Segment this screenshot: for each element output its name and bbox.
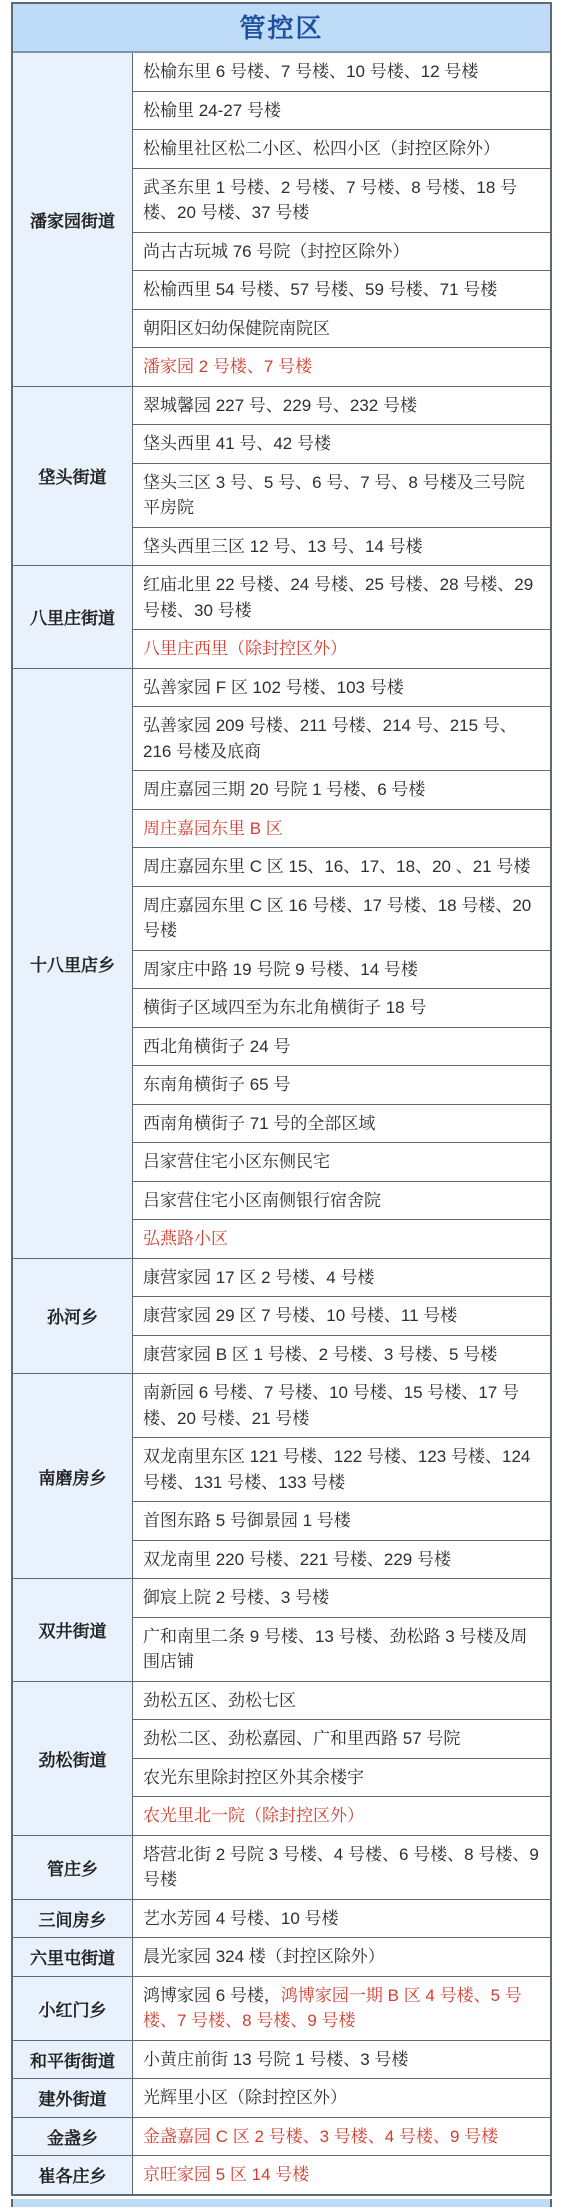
address-text-red: 农光里北一院（除封控区外） [143,1806,364,1825]
address-row: 御宸上院 2 号楼、3 号楼 [133,1579,550,1617]
address-row: 松榆里 24-27 号楼 [133,91,550,130]
address-row: 横街子区域四至为东北角横街子 18 号 [133,988,550,1027]
address-text: 首图东路 5 号御景园 1 号楼 [143,1511,351,1530]
district-group: 崔各庄乡京旺家园 5 区 14 号楼 [13,2155,550,2194]
address-rows: 小黄庄前街 13 号院 1 号楼、3 号楼 [133,2041,550,2079]
district-group: 劲松街道劲松五区、劲松七区劲松二区、劲松嘉园、广和里西路 57 号院农光东里除封… [13,1681,550,1835]
district-label: 六里屯街道 [13,1938,133,1976]
address-row: 吕家营住宅小区南侧银行宿舍院 [133,1181,550,1220]
address-row: 周家庄中路 19 号院 9 号楼、14 号楼 [133,950,550,989]
address-text: 艺水芳园 4 号楼、10 号楼 [143,1909,339,1928]
address-text: 松榆里 24-27 号楼 [143,101,281,120]
address-row: 鸿博家园 6 号楼，鸿博家园一期 B 区 4 号楼、5 号楼、7 号楼、8 号楼… [133,1977,550,2040]
address-text: 御宸上院 2 号楼、3 号楼 [143,1588,329,1607]
address-rows: 松榆东里 6 号楼、7 号楼、10 号楼、12 号楼松榆里 24-27 号楼松榆… [133,53,550,386]
district-group: 双井街道御宸上院 2 号楼、3 号楼广和南里二条 9 号楼、13 号楼、劲松路 … [13,1578,550,1681]
address-row: 首图东路 5 号御景园 1 号楼 [133,1501,550,1540]
district-group: 管庄乡塔营北街 2 号院 3 号楼、4 号楼、6 号楼、8 号楼、9 号楼 [13,1835,550,1899]
district-label: 十八里店乡 [13,669,133,1258]
address-text: 吕家营住宅小区东侧民宅 [143,1152,330,1171]
control-zone-table: 管控区 潘家园街道松榆东里 6 号楼、7 号楼、10 号楼、12 号楼松榆里 2… [11,2,552,2196]
district-label: 南磨房乡 [13,1374,133,1578]
address-text: 双龙南里 220 号楼、221 号楼、229 号楼 [143,1550,451,1569]
address-text: 朝阳区妇幼保健院南院区 [143,319,330,338]
address-text: 周庄嘉园东里 C 区 15、16、17、18、20 、21 号楼 [143,857,530,876]
address-text: 东南角横街子 65 号 [143,1075,290,1094]
address-text: 南新园 6 号楼、7 号楼、10 号楼、15 号楼、17 号楼、20 号楼、21… [143,1383,519,1428]
address-rows: 红庙北里 22 号楼、24 号楼、25 号楼、28 号楼、29 号楼、30 号楼… [133,566,550,668]
district-label: 小红门乡 [13,1977,133,2040]
address-row: 垡头西里三区 12 号、13 号、14 号楼 [133,527,550,566]
address-row: 朝阳区妇幼保健院南院区 [133,309,550,348]
address-row: 松榆东里 6 号楼、7 号楼、10 号楼、12 号楼 [133,53,550,91]
address-row: 周庄嘉园东里 C 区 16 号楼、17 号楼、18 号楼、20 号楼 [133,886,550,950]
address-rows: 塔营北街 2 号院 3 号楼、4 号楼、6 号楼、8 号楼、9 号楼 [133,1836,550,1899]
district-group: 六里屯街道晨光家园 324 楼（封控区除外） [13,1937,550,1976]
address-rows: 光辉里小区（除封控区外） [133,2079,550,2117]
address-row: 南新园 6 号楼、7 号楼、10 号楼、15 号楼、17 号楼、20 号楼、21… [133,1374,550,1437]
address-row: 小黄庄前街 13 号院 1 号楼、3 号楼 [133,2041,550,2079]
address-text: 晨光家园 324 楼（封控区除外） [143,1947,385,1966]
address-text: 光辉里小区（除封控区外） [143,2088,347,2107]
district-label: 建外街道 [13,2079,133,2117]
address-text: 农光东里除封控区外其余楼宇 [143,1768,364,1787]
address-row: 周庄嘉园三期 20 号院 1 号楼、6 号楼 [133,770,550,809]
address-text-red: 京旺家园 5 区 14 号楼 [143,2165,309,2184]
address-row: 广和南里二条 9 号楼、13 号楼、劲松路 3 号楼及周围店铺 [133,1617,550,1681]
address-row: 农光东里除封控区外其余楼宇 [133,1758,550,1797]
district-label: 金盏乡 [13,2118,133,2156]
address-text: 康营家园 B 区 1 号楼、2 号楼、3 号楼、5 号楼 [143,1345,497,1364]
address-row: 晨光家园 324 楼（封控区除外） [133,1938,550,1976]
address-row: 劲松五区、劲松七区 [133,1682,550,1720]
address-row: 吕家营住宅小区东侧民宅 [133,1142,550,1181]
district-group: 和平街街道小黄庄前街 13 号院 1 号楼、3 号楼 [13,2040,550,2079]
address-text: 红庙北里 22 号楼、24 号楼、25 号楼、28 号楼、29 号楼、30 号楼 [143,575,533,620]
address-rows: 弘善家园 F 区 102 号楼、103 号楼弘善家园 209 号楼、211 号楼… [133,669,550,1258]
address-text: 弘善家园 F 区 102 号楼、103 号楼 [143,678,404,697]
address-row: 潘家园 2 号楼、7 号楼 [133,347,550,386]
address-row: 翠城馨园 227 号、229 号、232 号楼 [133,387,550,425]
address-row: 康营家园 17 区 2 号楼、4 号楼 [133,1259,550,1297]
address-row: 红庙北里 22 号楼、24 号楼、25 号楼、28 号楼、29 号楼、30 号楼 [133,566,550,629]
address-rows: 翠城馨园 227 号、229 号、232 号楼垡头西里 41 号、42 号楼垡头… [133,387,550,566]
address-rows: 晨光家园 324 楼（封控区除外） [133,1938,550,1976]
address-row: 周庄嘉园东里 B 区 [133,809,550,848]
address-row: 武圣东里 1 号楼、2 号楼、7 号楼、8 号楼、18 号楼、20 号楼、37 … [133,168,550,232]
district-groups: 潘家园街道松榆东里 6 号楼、7 号楼、10 号楼、12 号楼松榆里 24-27… [13,53,550,2194]
address-rows: 京旺家园 5 区 14 号楼 [133,2156,550,2194]
address-row: 垡头三区 3 号、5 号、6 号、7 号、8 号楼及三号院平房院 [133,463,550,527]
address-row: 京旺家园 5 区 14 号楼 [133,2156,550,2194]
district-group: 小红门乡鸿博家园 6 号楼，鸿博家园一期 B 区 4 号楼、5 号楼、7 号楼、… [13,1976,550,2040]
address-row: 松榆西里 54 号楼、57 号楼、59 号楼、71 号楼 [133,270,550,309]
address-row: 八里庄西里（除封控区外） [133,629,550,668]
address-text: 垡头三区 3 号、5 号、6 号、7 号、8 号楼及三号院平房院 [143,473,525,518]
address-rows: 南新园 6 号楼、7 号楼、10 号楼、15 号楼、17 号楼、20 号楼、21… [133,1374,550,1578]
district-group: 孙河乡康营家园 17 区 2 号楼、4 号楼康营家园 29 区 7 号楼、10 … [13,1258,550,1374]
district-group: 三间房乡艺水芳园 4 号楼、10 号楼 [13,1899,550,1938]
district-group: 八里庄街道红庙北里 22 号楼、24 号楼、25 号楼、28 号楼、29 号楼、… [13,565,550,668]
table-header-title: 管控区 [13,4,550,53]
address-row: 康营家园 B 区 1 号楼、2 号楼、3 号楼、5 号楼 [133,1335,550,1374]
address-text: 垡头西里 41 号、42 号楼 [143,434,331,453]
district-label: 双井街道 [13,1579,133,1681]
address-text: 小黄庄前街 13 号院 1 号楼、3 号楼 [143,2050,408,2069]
address-row: 光辉里小区（除封控区外） [133,2079,550,2117]
address-rows: 康营家园 17 区 2 号楼、4 号楼康营家园 29 区 7 号楼、10 号楼、… [133,1259,550,1374]
address-text: 康营家园 17 区 2 号楼、4 号楼 [143,1268,374,1287]
address-text: 尚古古玩城 76 号院（封控区除外） [143,242,409,261]
address-row: 垡头西里 41 号、42 号楼 [133,424,550,463]
district-label: 管庄乡 [13,1836,133,1899]
address-row: 艺水芳园 4 号楼、10 号楼 [133,1900,550,1938]
address-text: 康营家园 29 区 7 号楼、10 号楼、11 号楼 [143,1306,457,1325]
address-text: 西北角横街子 24 号 [143,1037,290,1056]
district-label: 三间房乡 [13,1900,133,1938]
address-row: 弘燕路小区 [133,1219,550,1258]
address-text-red: 周庄嘉园东里 B 区 [143,819,283,838]
address-row: 西南角横街子 71 号的全部区域 [133,1104,550,1143]
address-rows: 御宸上院 2 号楼、3 号楼广和南里二条 9 号楼、13 号楼、劲松路 3 号楼… [133,1579,550,1681]
address-text-red: 金盏嘉园 C 区 2 号楼、3 号楼、4 号楼、9 号楼 [143,2127,498,2146]
address-row: 双龙南里 220 号楼、221 号楼、229 号楼 [133,1540,550,1579]
district-label: 潘家园街道 [13,53,133,386]
district-label: 和平街街道 [13,2041,133,2079]
address-row: 康营家园 29 区 7 号楼、10 号楼、11 号楼 [133,1296,550,1335]
address-text: 劲松五区、劲松七区 [143,1691,296,1710]
address-text-red: 弘燕路小区 [143,1229,228,1248]
district-label: 垡头街道 [13,387,133,566]
address-text-red: 潘家园 2 号楼、7 号楼 [143,357,312,376]
address-text: 横街子区域四至为东北角横街子 18 号 [143,998,426,1017]
district-label: 孙河乡 [13,1259,133,1374]
district-group: 南磨房乡南新园 6 号楼、7 号楼、10 号楼、15 号楼、17 号楼、20 号… [13,1373,550,1578]
address-row: 松榆里社区松二小区、松四小区（封控区除外） [133,129,550,168]
district-group: 十八里店乡弘善家园 F 区 102 号楼、103 号楼弘善家园 209 号楼、2… [13,668,550,1258]
district-group: 潘家园街道松榆东里 6 号楼、7 号楼、10 号楼、12 号楼松榆里 24-27… [13,53,550,386]
district-group: 金盏乡金盏嘉园 C 区 2 号楼、3 号楼、4 号楼、9 号楼 [13,2117,550,2156]
address-text: 武圣东里 1 号楼、2 号楼、7 号楼、8 号楼、18 号楼、20 号楼、37 … [143,178,517,223]
address-row: 东南角横街子 65 号 [133,1065,550,1104]
address-text: 广和南里二条 9 号楼、13 号楼、劲松路 3 号楼及周围店铺 [143,1627,527,1672]
district-group: 建外街道光辉里小区（除封控区外） [13,2078,550,2117]
district-label: 八里庄街道 [13,566,133,668]
address-text: 垡头西里三区 12 号、13 号、14 号楼 [143,537,423,556]
address-text: 松榆里社区松二小区、松四小区（封控区除外） [143,139,500,158]
address-text: 松榆东里 6 号楼、7 号楼、10 号楼、12 号楼 [143,62,478,81]
address-text: 鸿博家园 6 号楼， [143,1986,281,2005]
address-text: 劲松二区、劲松嘉园、广和里西路 57 号院 [143,1729,460,1748]
address-row: 农光里北一院（除封控区外） [133,1796,550,1835]
address-row: 西北角横街子 24 号 [133,1027,550,1066]
address-row: 周庄嘉园东里 C 区 15、16、17、18、20 、21 号楼 [133,847,550,886]
address-rows: 金盏嘉园 C 区 2 号楼、3 号楼、4 号楼、9 号楼 [133,2118,550,2156]
address-rows: 艺水芳园 4 号楼、10 号楼 [133,1900,550,1938]
address-row: 弘善家园 209 号楼、211 号楼、214 号、215 号、216 号楼及底商 [133,706,550,770]
address-rows: 鸿博家园 6 号楼，鸿博家园一期 B 区 4 号楼、5 号楼、7 号楼、8 号楼… [133,1977,550,2040]
address-text: 塔营北街 2 号院 3 号楼、4 号楼、6 号楼、8 号楼、9 号楼 [143,1845,539,1890]
page: 管控区 潘家园街道松榆东里 6 号楼、7 号楼、10 号楼、12 号楼松榆里 2… [0,0,566,2211]
address-row: 弘善家园 F 区 102 号楼、103 号楼 [133,669,550,707]
district-group: 垡头街道翠城馨园 227 号、229 号、232 号楼垡头西里 41 号、42 … [13,386,550,566]
address-row: 双龙南里东区 121 号楼、122 号楼、123 号楼、124 号楼、131 号… [133,1437,550,1501]
next-section-strip [11,2199,552,2207]
address-text: 翠城馨园 227 号、229 号、232 号楼 [143,396,417,415]
address-text: 双龙南里东区 121 号楼、122 号楼、123 号楼、124 号楼、131 号… [143,1447,530,1492]
district-label: 劲松街道 [13,1682,133,1835]
address-text: 周庄嘉园东里 C 区 16 号楼、17 号楼、18 号楼、20 号楼 [143,896,531,941]
address-row: 劲松二区、劲松嘉园、广和里西路 57 号院 [133,1719,550,1758]
address-rows: 劲松五区、劲松七区劲松二区、劲松嘉园、广和里西路 57 号院农光东里除封控区外其… [133,1682,550,1835]
address-text: 弘善家园 209 号楼、211 号楼、214 号、215 号、216 号楼及底商 [143,716,517,761]
district-label: 崔各庄乡 [13,2156,133,2194]
address-text: 周家庄中路 19 号院 9 号楼、14 号楼 [143,960,418,979]
address-row: 尚古古玩城 76 号院（封控区除外） [133,232,550,271]
address-text: 西南角横街子 71 号的全部区域 [143,1114,375,1133]
address-text: 吕家营住宅小区南侧银行宿舍院 [143,1191,381,1210]
address-text-red: 八里庄西里（除封控区外） [143,639,347,658]
address-text: 周庄嘉园三期 20 号院 1 号楼、6 号楼 [143,780,425,799]
address-row: 塔营北街 2 号院 3 号楼、4 号楼、6 号楼、8 号楼、9 号楼 [133,1836,550,1899]
address-text: 松榆西里 54 号楼、57 号楼、59 号楼、71 号楼 [143,280,497,299]
address-row: 金盏嘉园 C 区 2 号楼、3 号楼、4 号楼、9 号楼 [133,2118,550,2156]
